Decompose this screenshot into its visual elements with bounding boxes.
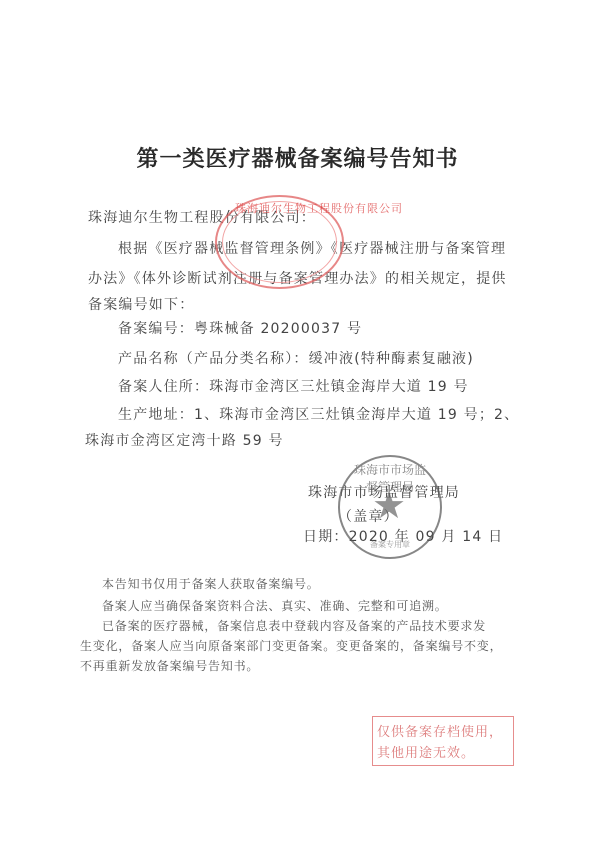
note-line-3: 已备案的医疗器械，备案信息表中登载内容及备案的产品技术要求发 — [102, 617, 486, 634]
archive-stamp-line-1: 仅供备案存档使用， — [377, 721, 503, 740]
archive-stamp-line-2: 其他用途无效。 — [377, 742, 475, 761]
production-address-line-2: 珠海市金湾区定湾十路 59 号 — [85, 430, 284, 450]
note-line-1: 本告知书仅用于备案人获取备案编号。 — [102, 575, 320, 592]
agency-seal: 珠海市市场监督管理局 ★ 备案专用章 — [338, 455, 442, 559]
note-line-5: 不再重新发放备案编号告知书。 — [80, 657, 259, 674]
production-address-line-1: 生产地址：1、珠海市金湾区三灶镇金海岸大道 19 号；2、 — [118, 404, 519, 424]
registrant-address: 备案人住所：珠海市金湾区三灶镇金海岸大道 19 号 — [118, 376, 469, 396]
filing-number: 备案编号：粤珠械备 20200037 号 — [118, 318, 362, 338]
star-icon: ★ — [372, 483, 406, 527]
company-seal-text: 珠海迪尔生物工程股份有限公司 — [235, 200, 403, 216]
intro-line-3: 备案编号如下： — [88, 294, 194, 314]
archive-only-stamp: 仅供备案存档使用， 其他用途无效。 — [372, 716, 514, 766]
note-line-4: 生变化，备案人应当向原备案部门变更备案。变更备案的，备案编号不变， — [80, 637, 502, 654]
product-name: 产品名称（产品分类名称）：缓冲液(特种酶素复融液) — [118, 348, 474, 368]
note-line-2: 备案人应当确保备案资料合法、真实、准确、完整和可追溯。 — [102, 597, 448, 614]
agency-seal-subtext: 备案专用章 — [370, 539, 410, 550]
document-title: 第一类医疗器械备案编号告知书 — [0, 142, 595, 173]
